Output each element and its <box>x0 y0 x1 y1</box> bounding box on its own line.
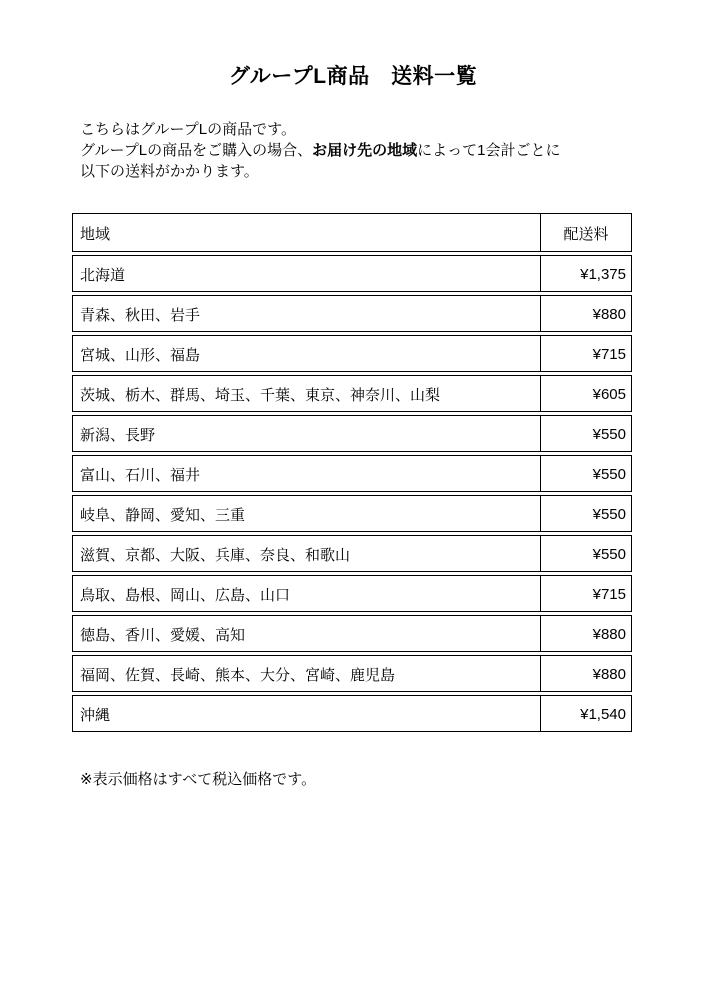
region-cell: 富山、石川、福井 <box>73 456 541 491</box>
column-header-fee: 配送料 <box>541 214 631 251</box>
region-cell: 鳥取、島根、岡山、広島、山口 <box>73 576 541 611</box>
page-title: グループL商品 送料一覧 <box>0 60 706 90</box>
table-row: 富山、石川、福井 ¥550 <box>72 455 632 492</box>
region-cell: 滋賀、京都、大阪、兵庫、奈良、和歌山 <box>73 536 541 571</box>
fee-cell: ¥715 <box>541 576 631 611</box>
table-header-row: 地域 配送料 <box>72 213 632 252</box>
region-cell: 宮城、山形、福島 <box>73 336 541 371</box>
intro-line-2-post: によって1会計ごとに <box>417 142 560 159</box>
fee-cell: ¥550 <box>541 496 631 531</box>
table-row: 福岡、佐賀、長崎、熊本、大分、宮崎、鹿児島 ¥880 <box>72 655 632 692</box>
intro-text: こちらはグループLの商品です。 グループLの商品をご購入の場合、お届け先の地域に… <box>80 119 636 182</box>
region-cell: 茨城、栃木、群馬、埼玉、千葉、東京、神奈川、山梨 <box>73 376 541 411</box>
shipping-fee-table: 地域 配送料 北海道 ¥1,375 青森、秋田、岩手 ¥880 宮城、山形、福島… <box>72 213 632 732</box>
fee-cell: ¥605 <box>541 376 631 411</box>
intro-line-2: グループLの商品をご購入の場合、お届け先の地域によって1会計ごとに <box>80 140 636 161</box>
fee-cell: ¥880 <box>541 296 631 331</box>
table-row: 鳥取、島根、岡山、広島、山口 ¥715 <box>72 575 632 612</box>
table-row: 茨城、栃木、群馬、埼玉、千葉、東京、神奈川、山梨 ¥605 <box>72 375 632 412</box>
region-cell: 沖縄 <box>73 696 541 731</box>
table-row: 新潟、長野 ¥550 <box>72 415 632 452</box>
fee-cell: ¥880 <box>541 616 631 651</box>
fee-cell: ¥550 <box>541 536 631 571</box>
region-cell: 福岡、佐賀、長崎、熊本、大分、宮崎、鹿児島 <box>73 656 541 691</box>
fee-cell: ¥550 <box>541 456 631 491</box>
intro-line-2-bold: お届け先の地域 <box>312 142 417 159</box>
intro-line-1: こちらはグループLの商品です。 <box>80 119 636 140</box>
table-row: 徳島、香川、愛媛、高知 ¥880 <box>72 615 632 652</box>
table-row: 沖縄 ¥1,540 <box>72 695 632 732</box>
shipping-fee-page: { "page": { "title": "グループL商品 送料一覧", "in… <box>0 0 706 1000</box>
region-cell: 岐阜、静岡、愛知、三重 <box>73 496 541 531</box>
intro-line-2-pre: グループLの商品をご購入の場合、 <box>80 142 312 159</box>
table-row: 滋賀、京都、大阪、兵庫、奈良、和歌山 ¥550 <box>72 535 632 572</box>
table-row: 北海道 ¥1,375 <box>72 255 632 292</box>
region-cell: 新潟、長野 <box>73 416 541 451</box>
table-row: 岐阜、静岡、愛知、三重 ¥550 <box>72 495 632 532</box>
intro-line-1-text: こちらはグループLの商品です。 <box>80 121 296 138</box>
fee-cell: ¥1,540 <box>541 696 631 731</box>
region-cell: 北海道 <box>73 256 541 291</box>
region-cell: 徳島、香川、愛媛、高知 <box>73 616 541 651</box>
fee-cell: ¥880 <box>541 656 631 691</box>
tax-included-note: ※表示価格はすべて税込価格です。 <box>80 768 316 789</box>
intro-line-3: 以下の送料がかかります。 <box>80 161 636 182</box>
region-cell: 青森、秋田、岩手 <box>73 296 541 331</box>
column-header-region: 地域 <box>73 214 541 251</box>
fee-cell: ¥550 <box>541 416 631 451</box>
fee-cell: ¥715 <box>541 336 631 371</box>
intro-line-3-text: 以下の送料がかかります。 <box>80 163 259 180</box>
table-row: 青森、秋田、岩手 ¥880 <box>72 295 632 332</box>
fee-cell: ¥1,375 <box>541 256 631 291</box>
table-row: 宮城、山形、福島 ¥715 <box>72 335 632 372</box>
